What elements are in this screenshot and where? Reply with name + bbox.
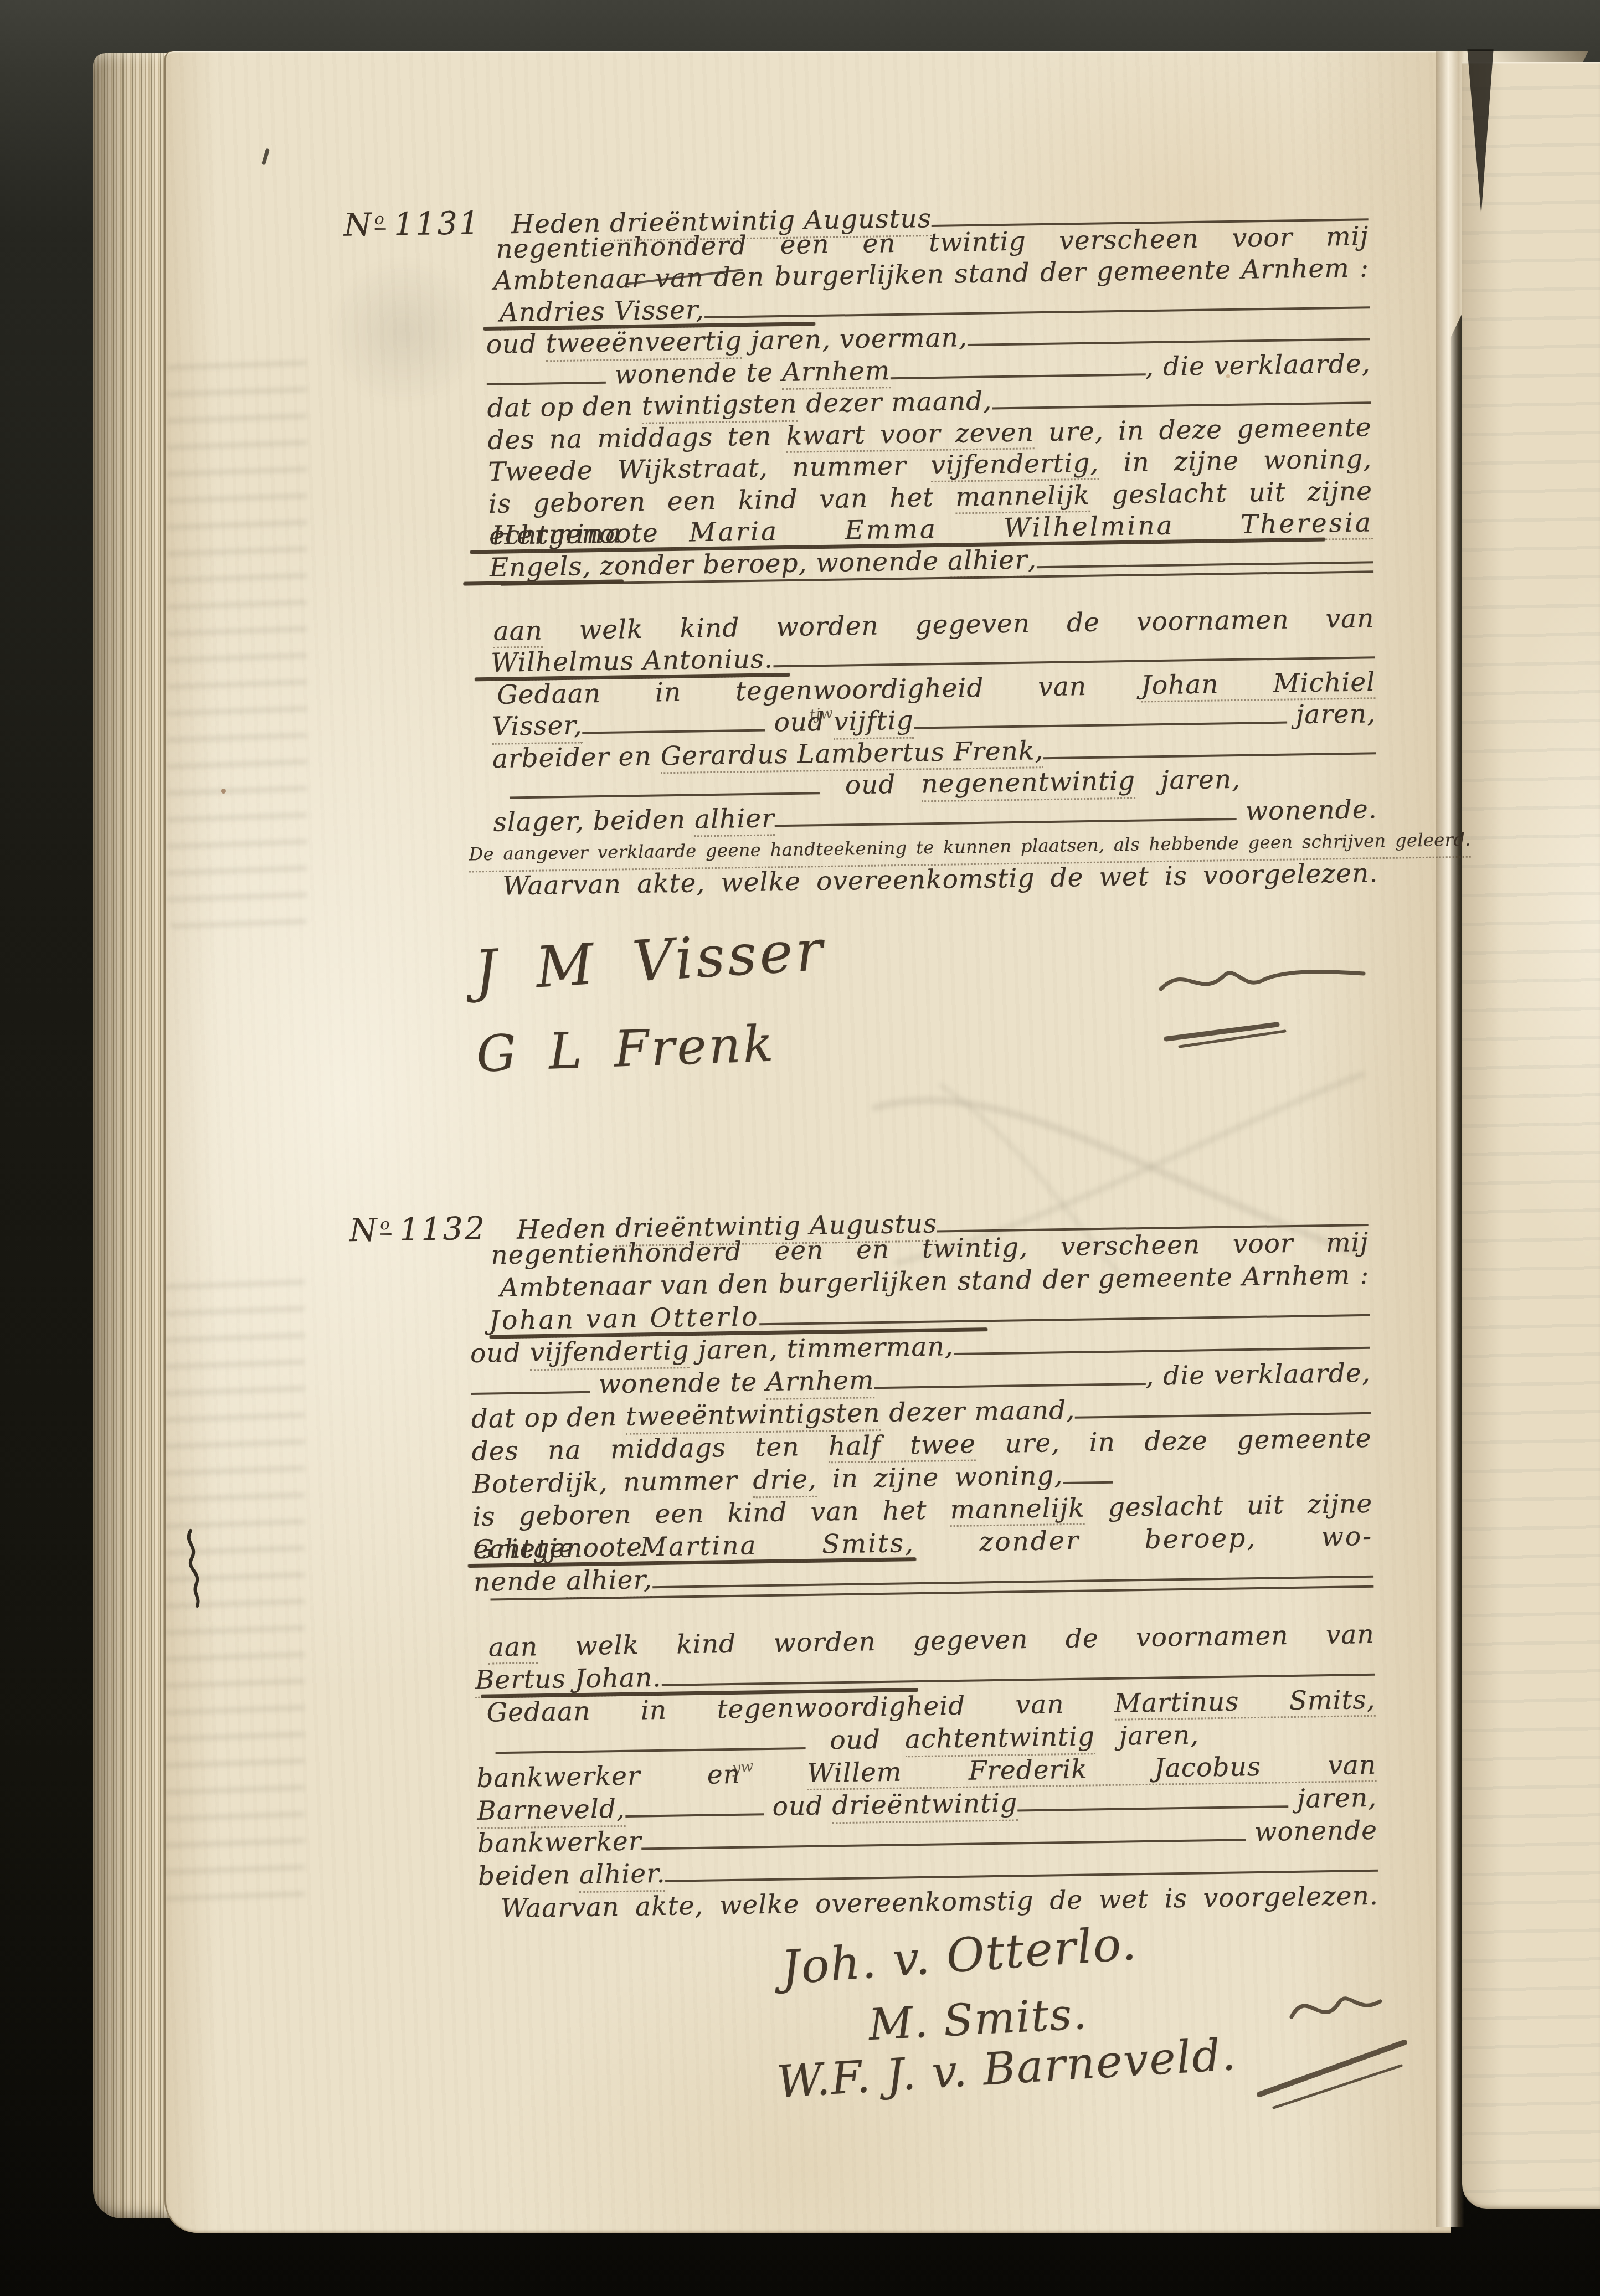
handwritten-text: Visser, — [492, 709, 583, 744]
handwritten-text: mannelijk — [955, 480, 1090, 514]
handwritten-text: jaren, timmerman, — [689, 1330, 954, 1367]
fill-rule-line — [471, 1391, 590, 1395]
handwritten-text: dat op den — [471, 1401, 626, 1435]
fill-rule-line — [992, 401, 1371, 409]
handwritten-text: , die verklaarde, — [1145, 348, 1371, 383]
handwritten-text: wonende te — [605, 357, 782, 391]
handwritten-text: wonende. — [1236, 794, 1377, 827]
handwritten-text: Barneveld, — [477, 1793, 625, 1829]
handwritten-text: vijfendertig, — [930, 448, 1099, 483]
handwritten-text: oud — [805, 1723, 905, 1757]
fill-rule-line — [652, 1576, 1373, 1588]
handwritten-text: drie, — [753, 1463, 817, 1499]
record-number: No 1132 — [349, 1207, 487, 1248]
handwritten-text: aan — [488, 1631, 538, 1664]
handwritten-text: tweeënveertig — [546, 325, 742, 362]
handwritten-text: des na middags ten — [487, 420, 786, 455]
fill-rule-line — [496, 1747, 806, 1754]
handwritten-text: wonende te — [589, 1366, 766, 1401]
paper-speck — [221, 789, 226, 794]
handwritten-text: vijfendertig — [529, 1334, 690, 1371]
handwritten-text: aan — [493, 615, 543, 648]
handwritten-text: drieëntwintig — [832, 1787, 1018, 1824]
fill-rule-line — [1063, 1481, 1113, 1484]
handwritten-text: jaren, — [1135, 764, 1241, 797]
signature-witness-frenk: G L Frenk — [475, 1015, 776, 1084]
fill-rule-line — [625, 1813, 764, 1818]
handwritten-text: zonder beroep, wo- — [914, 1521, 1373, 1558]
handwritten-text: jaren, — [1288, 1782, 1377, 1815]
margin-ink-mark — [182, 1527, 231, 1616]
handwritten-text: alhier — [694, 802, 775, 837]
fill-rule-line — [1075, 1412, 1371, 1419]
handwritten-text: Tweede Wijkstraat, nummer — [488, 450, 931, 487]
handwritten-text: dezer maand, — [797, 385, 992, 420]
handwritten-text: vijftig — [834, 705, 914, 740]
page-gutter-fold — [1436, 51, 1464, 2227]
handwritten-text: is geboren een kind van het — [472, 1495, 950, 1532]
handwritten-text: bankwerker — [477, 1825, 642, 1860]
fill-rule-line — [914, 722, 1287, 729]
handwritten-text: , die verklaarde, — [1145, 1357, 1371, 1393]
handwritten-text: dat op den — [487, 390, 642, 425]
official-paraph-mark — [1218, 1977, 1407, 2121]
handwritten-text: oud — [470, 1336, 530, 1370]
fill-rule-line — [510, 792, 820, 799]
fill-rule-line — [704, 306, 1370, 318]
birth-record-1131: No 1131Heden drieëntwintig Augustusnegen… — [484, 188, 1378, 902]
handwritten-text: oud — [765, 706, 834, 739]
fill-rule-line — [666, 1870, 1378, 1882]
handwritten-text: Boterdijk, nummer — [472, 1464, 753, 1501]
handwritten-text: oud — [819, 768, 921, 801]
birth-record-1132: No 1132Heden drieëntwintig Augustusnegen… — [468, 1193, 1378, 1926]
fill-rule-line — [662, 1674, 1375, 1686]
fill-rule-line — [641, 1839, 1246, 1850]
fill-rule-line — [1037, 561, 1373, 568]
fill-rule-line — [874, 1383, 1146, 1389]
handwritten-text: oud — [486, 328, 546, 361]
register-page-right — [1462, 62, 1600, 2209]
handwritten-text: alhier. — [579, 1857, 666, 1893]
handwritten-text: zonder beroep, wonende — [591, 545, 948, 582]
handwritten-text: des na middags ten — [471, 1431, 829, 1467]
handwritten-text: Martinus Smits, — [1114, 1685, 1376, 1721]
handwritten-text: Arnhem — [766, 1364, 874, 1400]
handwritten-text: negenentwintig — [921, 765, 1136, 802]
fill-rule-line — [1017, 1805, 1288, 1811]
handwritten-text: slager, beiden — [493, 804, 694, 838]
ink-show-through — [299, 233, 510, 432]
handwritten-text: in zijne woning, — [1099, 444, 1372, 478]
handwritten-text: mannelijk — [950, 1493, 1085, 1527]
handwritten-text: bankwerker en — [476, 1758, 807, 1794]
fill-rule-line — [583, 729, 765, 734]
handwritten-text: achtentwintig — [904, 1720, 1095, 1757]
handwritten-text: ure, in deze gemeente — [976, 1423, 1372, 1460]
handwritten-text: kwart voor zeven — [786, 417, 1034, 453]
handwritten-text: in zijne woning, — [816, 1459, 1063, 1496]
handwritten-text: Johan Michiel — [1141, 667, 1376, 702]
fill-rule-line — [487, 381, 606, 385]
handwritten-text: nende — [474, 1564, 567, 1598]
official-paraph-mark — [1146, 941, 1379, 1058]
handwritten-text: Arnhem — [782, 355, 891, 390]
fill-rule-line — [775, 817, 1237, 826]
fill-rule-line — [773, 656, 1375, 667]
handwritten-text: alhier, — [566, 1563, 652, 1599]
photo-background: tjw yw No 1131Heden drieëntwintig August… — [0, 0, 1600, 2296]
handwritten-text: , — [1027, 544, 1037, 576]
fill-rule-line — [760, 1314, 1370, 1325]
handwritten-text: dezer maand, — [880, 1394, 1076, 1429]
handwritten-text: ure, in deze gemeente — [1034, 412, 1372, 447]
handwritten-text: beiden — [478, 1859, 580, 1893]
book-page-edges — [93, 53, 171, 2218]
handwritten-text: tweeëntwintigsten — [626, 1397, 881, 1435]
fill-rule-line — [1043, 752, 1376, 759]
handwritten-text: arbeider en — [492, 740, 661, 775]
fill-rule-line — [954, 1347, 1370, 1355]
handwritten-text: twintigsten — [641, 388, 797, 424]
handwritten-text: alhier — [948, 544, 1028, 579]
handwritten-text: wonende — [1246, 1814, 1378, 1849]
handwritten-text: jaren, voerman, — [742, 322, 968, 357]
handwritten-text: half twee — [829, 1429, 976, 1463]
handwritten-text: jaren, — [1287, 698, 1376, 731]
handwritten-text: jaren, — [1094, 1719, 1199, 1753]
handwritten-text: oud — [763, 1789, 832, 1823]
record-number: No 1131 — [343, 202, 481, 241]
ink-show-through — [167, 343, 307, 930]
fill-rule-line — [890, 373, 1145, 379]
fill-rule-line — [968, 338, 1370, 346]
